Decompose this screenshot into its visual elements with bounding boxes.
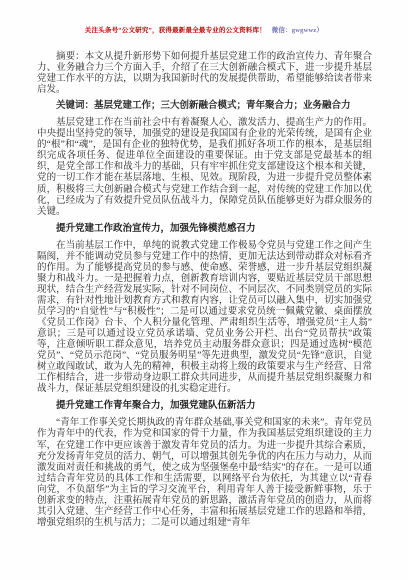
- promo-banner: 关注头条号“公文研究”，获得最新最全最专业的公文资料库！ 微信：gwgwwz）: [0, 27, 408, 35]
- section-heading-youth-cohesion: 提升党建工作青年聚合力，加强党建队伍新活力: [37, 401, 372, 412]
- abstract-paragraph: 摘要：本文从提升新形势下如何提升基层党建工作的政治宣传力、青年聚合力、业务融合力…: [37, 52, 372, 96]
- promo-text: 关注头条号“公文研究”，获得最新最全最专业的公文资料库！: [85, 27, 266, 34]
- wechat-contact-text: 微信：gwgwwz）: [272, 27, 323, 34]
- section-paragraph-political-publicity: 在当前基层工作中，单纯的说教式党建工作极易令党员与党建工作之间产生隔阂，并不能调…: [37, 241, 372, 396]
- document-body: 摘要：本文从提升新形势下如何提升基层党建工作的政治宣传力、青年聚合力、业务融合力…: [37, 52, 372, 529]
- document-page: 关注头条号“公文研究”，获得最新最全最专业的公文资料库！ 微信：gwgwwz） …: [0, 0, 408, 580]
- section-paragraph-youth-cohesion: “青年工作事关党长期执政的青年群众基础,事关党和国家的未来”。青年党员作为青年中…: [37, 418, 372, 528]
- section-heading-political-publicity: 提升党建工作政治宣传力，加强先锋模范感召力: [37, 224, 372, 235]
- intro-paragraph: 基层党建工作在当前社会中有着凝聚人心、激发活力、提高生产力的作用。中央提出坚持党…: [37, 118, 372, 217]
- keywords-line: 关键词：基层党建工作；三大创新融合模式；青年聚合力；业务融合力: [37, 101, 372, 112]
